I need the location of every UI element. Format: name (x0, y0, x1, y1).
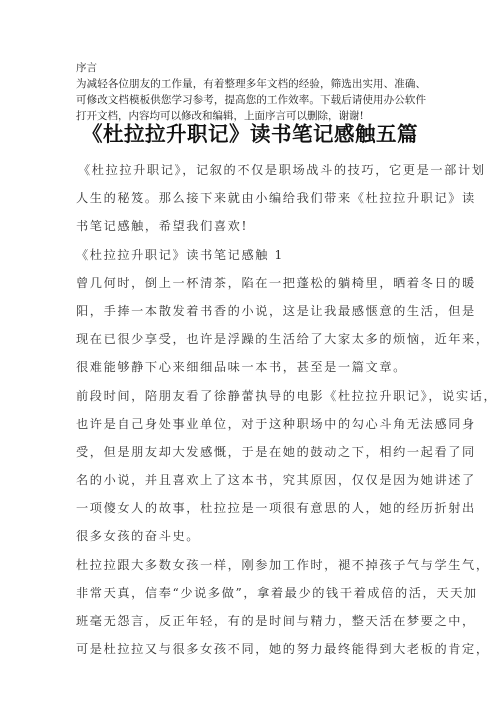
body-line: 一项傻女人的故事，杜拉拉是一项很有意思的人，她的经历折射出 (76, 494, 428, 522)
body-line: 曾几何时，倒上一杯清茶，陷在一把蓬松的躺椅里，晒着冬日的暖 (76, 269, 428, 297)
body-line: 前段时间，陪朋友看了徐静蕾执导的电影《杜拉拉升职记》，说实话， (76, 382, 428, 410)
document-body: 《杜拉拉升职记》，记叙的不仅是职场战斗的技巧，它更是一部计划 人生的秘笈。那么接… (76, 156, 428, 663)
body-line: 很难能够静下心来细细品味一本书，甚至是一篇文章。 (76, 353, 428, 381)
body-line: 也许是自己身处事业单位，对于这种职场中的勾心斗角无法感同身 (76, 410, 428, 438)
body-line: 书笔记感触，希望我们喜欢! (76, 212, 428, 240)
body-line: 杜拉拉跟大多数女孩一样，刚参加工作时，褪不掉孩子气与学生气， (76, 551, 428, 579)
body-line: 受，但是朋友却大发感慨，于是在她的鼓动之下，相约一起看了同 (76, 438, 428, 466)
body-line: 班毫无怨言，反正年轻，有的是时间与精力，整天活在梦要之中， (76, 607, 428, 635)
body-line: 人生的秘笈。那么接下来就由小编给我们带来《杜拉拉升职记》读 (76, 184, 428, 212)
body-line: 很多女孩的奋斗史。 (76, 522, 428, 550)
document-page: 序言 为减轻各位朋友的工作量，有着整理多年文档的经验，筛选出实用、准确、可修改文… (0, 0, 500, 708)
section-heading: 《杜拉拉升职记》读书笔记感触 1 (76, 241, 428, 269)
preface-heading: 序言 (76, 60, 426, 76)
preface-block: 序言 为减轻各位朋友的工作量，有着整理多年文档的经验，筛选出实用、准确、可修改文… (76, 60, 426, 124)
body-line: 名的小说，并且喜欢上了这本书，究其原因，仅仅是因为她讲述了 (76, 466, 428, 494)
body-line: 非常天真，信奉“少说多做”，拿着最少的钱干着成倍的活，天天加 (76, 579, 428, 607)
body-line: 《杜拉拉升职记》，记叙的不仅是职场战斗的技巧，它更是一部计划 (76, 156, 428, 184)
body-line: 可是杜拉拉又与很多女孩不同，她的努力最终能得到大老板的肯定， (76, 635, 428, 663)
document-title: 《杜拉拉升职记》读书笔记感触五篇 (0, 117, 500, 147)
body-line: 阳，手捧一本散发着书香的小说，这是让我最感惬意的生活，但是 (76, 297, 428, 325)
body-line: 现在已很少享受，也许是浮躁的生活给了大家太多的烦恼，近年来， (76, 325, 428, 353)
